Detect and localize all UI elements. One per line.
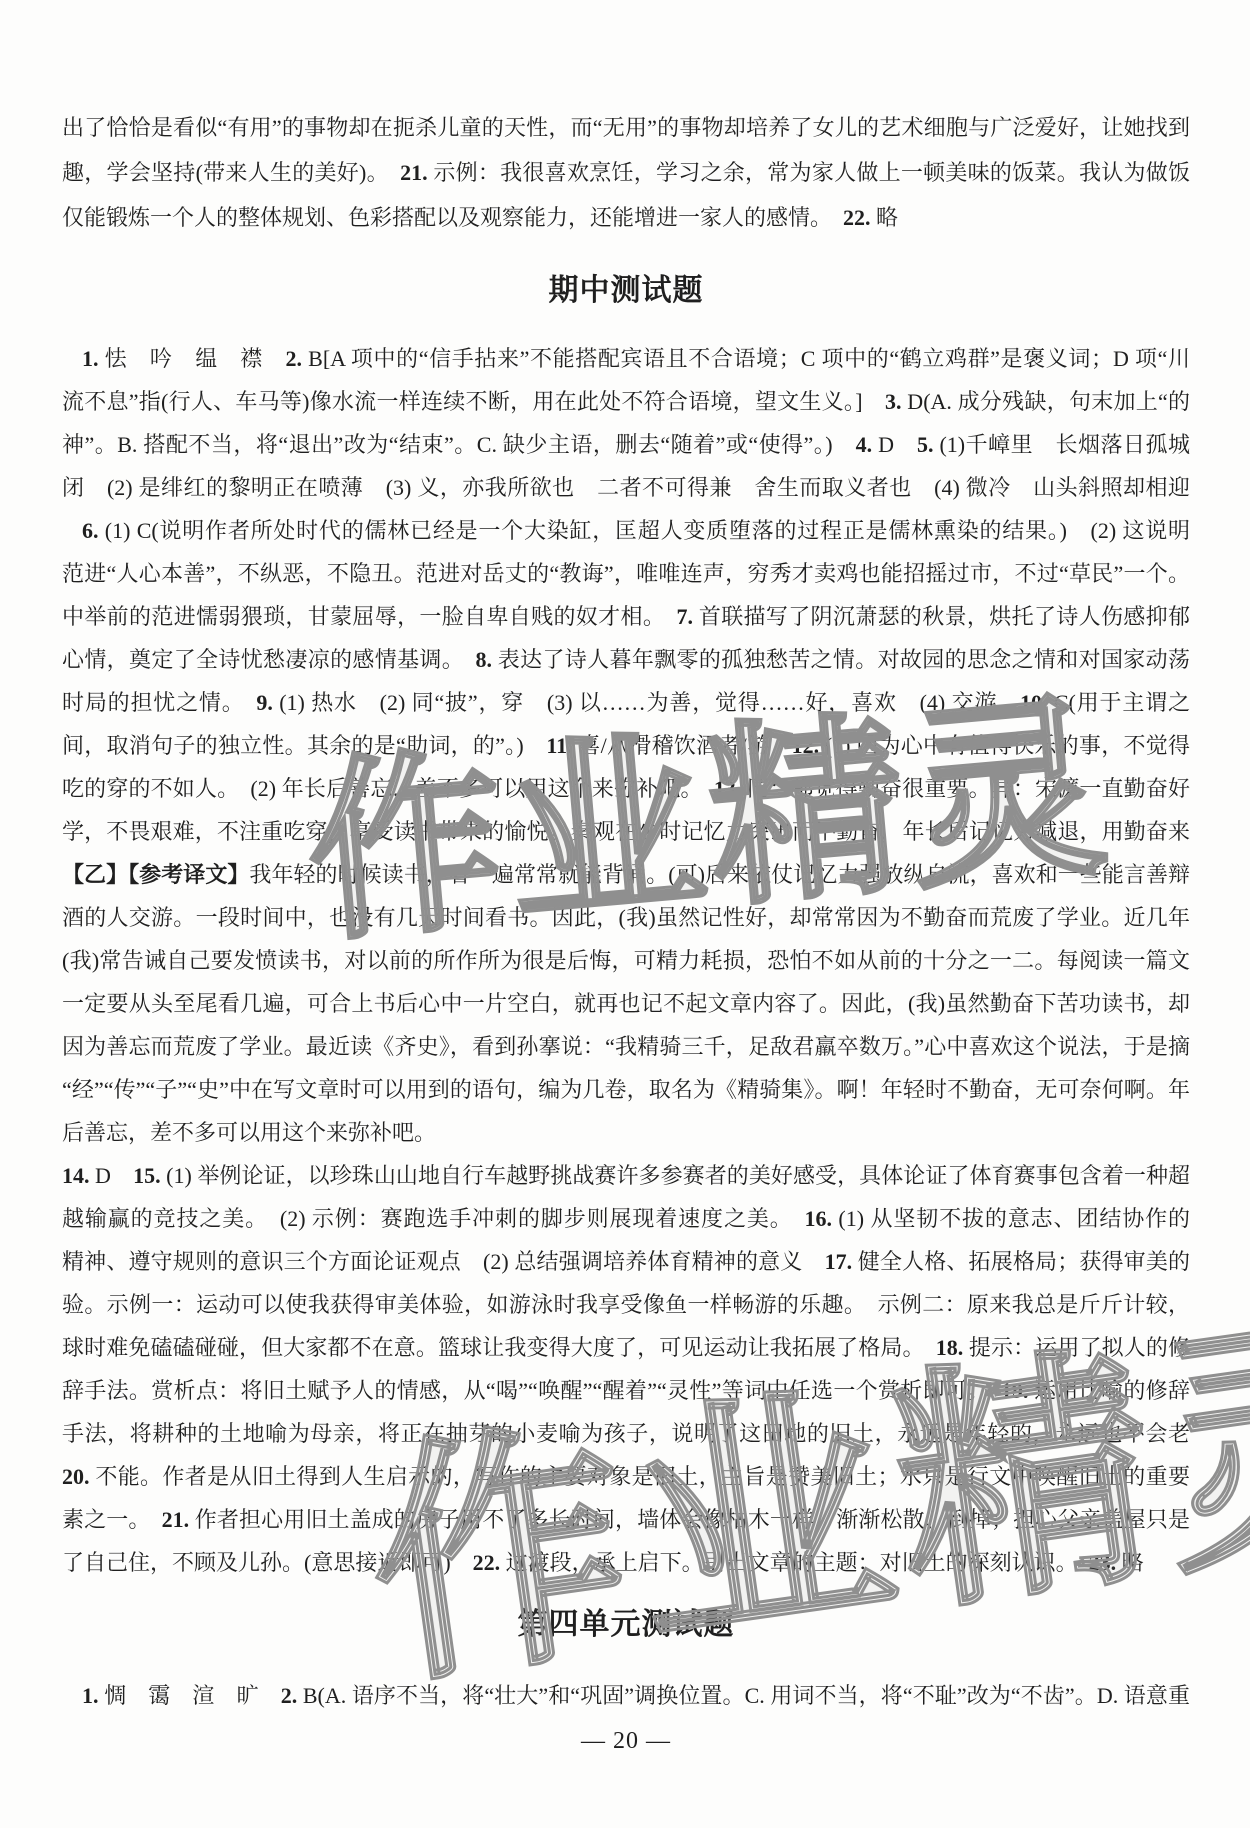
answer-text: 不能。作者是从旧土得到人生启示的，写作的主要对象是旧土，主旨是赞美旧土；水只是行… xyxy=(62,1464,1190,1498)
answer-number: 2. xyxy=(281,1683,298,1708)
answer-text: D xyxy=(872,432,917,457)
answer-text: 了自己住，不顾及儿孙。(意思接近即可) xyxy=(62,1550,473,1575)
answer-text: 因为善忘而荒废了学业。最近读《齐史》，看到孙搴说：“我精骑三千，足敌君羸卒数万。… xyxy=(62,1034,1190,1068)
answer-text: 运用比喻的修辞 xyxy=(1028,1378,1190,1403)
answer-number: 6. xyxy=(82,518,99,543)
answer-content: 出了恰恰是看似“有用”的事物却在扼杀儿童的天性，而“无用”的事物却培养了女儿的艺… xyxy=(62,0,1190,1755)
text-line: 越输赢的竞技之美。 (2) 示例：赛跑选手冲刺的脚步则展现着速度之美。 16. … xyxy=(62,1197,1190,1240)
answer-text: 后善忘，差不多可以用这个来弥补吧。 xyxy=(62,1120,436,1145)
answer-number: 【乙】【参考译文】 xyxy=(62,862,249,887)
paragraph: 1. 惆 霭 渲 旷 2. B(A. 语序不当，将“壮大”和“巩固”调换位置。C… xyxy=(62,1674,1190,1717)
answer-text: D xyxy=(90,1163,134,1188)
previous-section-continuation: 出了恰恰是看似“有用”的事物却在扼杀儿童的天性，而“无用”的事物却培养了女儿的艺… xyxy=(62,105,1190,240)
answer-number: 5. xyxy=(917,432,934,457)
answer-text: 学，不畏艰难，不注重吃穿，享受读书带来的愉悦。秦观在少时记忆力突出而不勤奋，年长… xyxy=(62,819,1190,853)
answer-number: 16. xyxy=(805,1206,833,1231)
answer-text: (1) C(说明作者所处时代的儒林已经是一个大染缸，匡超人变质堕落的过程正是儒林… xyxy=(99,518,1191,543)
paragraph: 出了恰恰是看似“有用”的事物却在扼杀儿童的天性，而“无用”的事物却培养了女儿的艺… xyxy=(62,105,1190,240)
text-line: 精神、遵守规则的意识三个方面论证观点 (2) 总结强调培养体育精神的意义 17.… xyxy=(62,1240,1190,1283)
answer-text: 验。示例一：运动可以使我获得审美体验，如游泳时我享受像鱼一样畅游的乐趣。 示例二… xyxy=(62,1292,1190,1326)
answer-text: “经”“传”“子”“史”中在写文章时可以用到的语句，编为几卷，取名为《精骑集》。… xyxy=(62,1077,1190,1111)
answer-text: 吃的穿的不如人。 (2) 年长后善忘，差不多可以用这个来弥补吧。 xyxy=(62,776,714,801)
answer-number: 7. xyxy=(677,604,694,629)
answer-number: 18. xyxy=(936,1335,964,1360)
answer-number: 20. xyxy=(62,1464,90,1489)
answer-number: 21. xyxy=(162,1507,190,1532)
answer-number: 19. xyxy=(1001,1378,1029,1403)
answer-number: 10. xyxy=(1020,690,1048,715)
answer-text: 心情，奠定了全诗忧愁凄凉的感情基调。 xyxy=(62,647,475,672)
answer-number: 22. xyxy=(843,205,871,230)
answer-text: 略 xyxy=(1116,1550,1144,1575)
answer-number: 17. xyxy=(825,1249,853,1274)
answer-text: C(用于主谓之 xyxy=(1048,690,1190,715)
answer-text: 辞手法。赏析点：将旧土赋予人的情感，从“喝”“唤醒”“醒着”“灵性”等词中任选一… xyxy=(62,1378,1001,1403)
answer-text: 略 xyxy=(871,205,899,230)
answer-number: 12. xyxy=(792,733,820,758)
answer-text: 趣，学会坚持(带来人生的美好)。 xyxy=(62,160,400,185)
text-line: 范进“人心本善”，不纵恶，不隐丑。范进对岳丈的“教诲”，唯唯连声，穷秀才卖鸡也能… xyxy=(62,552,1190,595)
text-line: 神”。B. 搭配不当，将“退出”改为“结束”。C. 缺少主语，删去“随着”或“使… xyxy=(62,423,1190,466)
answer-text: 神”。B. 搭配不当，将“退出”改为“结束”。C. 缺少主语，删去“随着”或“使… xyxy=(62,432,856,457)
text-line: 了自己住，不顾及儿孙。(意思接近即可) 22. 过渡段，承上启下。引出文章的主题… xyxy=(62,1541,1190,1584)
text-line: 仅能锻炼一个人的整体规划、色彩搭配以及观察能力，还能增进一家人的感情。 22. … xyxy=(62,195,1190,240)
answer-text: B[A 项中的“信手拈来”不能搭配宾语且不合语境；C 项中的“鹤立鸡群”是褒义词… xyxy=(302,346,1190,371)
answer-text: (1) 因为心中有值得快乐的事，不觉得 xyxy=(819,733,1190,758)
text-line: 吃的穿的不如人。 (2) 年长后善忘，差不多可以用这个来弥补吧。 13. 同：都… xyxy=(62,767,1190,810)
text-line: 学，不畏艰难，不注重吃穿，享受读书带来的愉悦。秦观在少时记忆力突出而不勤奋，年长… xyxy=(62,810,1190,853)
text-line: 14. D 15. (1) 举例论证，以珍珠山山地自行车越野挑战赛许多参赛者的美… xyxy=(62,1154,1190,1197)
unit4-paragraphs: 1. 惆 霭 渲 旷 2. B(A. 语序不当，将“壮大”和“巩固”调换位置。C… xyxy=(62,1674,1190,1717)
text-line: 趣，学会坚持(带来人生的美好)。 21. 示例：我很喜欢烹饪，学习之余，常为家人… xyxy=(62,150,1190,195)
answer-text: 越输赢的竞技之美。 (2) 示例：赛跑选手冲刺的脚步则展现着速度之美。 xyxy=(62,1206,805,1231)
answer-text: 作者担心用旧土盖成的房子用不了多长时间，墙体会像枯木一样，渐渐松散、倒掉；担心父… xyxy=(62,1507,1190,1541)
text-line: 流不息”指(行人、车马等)像水流一样连续不断，用在此处不符合语境，望文生义。] … xyxy=(62,380,1190,423)
answer-number: 11. xyxy=(546,733,572,758)
answer-text: 怯 吟 缊 襟 xyxy=(99,346,286,371)
answer-number: 9. xyxy=(256,690,273,715)
answer-text: 时局的担忧之情。 xyxy=(62,690,256,715)
continuation-paragraphs: 出了恰恰是看似“有用”的事物却在扼杀儿童的天性，而“无用”的事物却培养了女儿的艺… xyxy=(62,105,1190,240)
text-line: 心情，奠定了全诗忧愁凄凉的感情基调。 8. 表达了诗人暮年飘零的孤独愁苦之情。对… xyxy=(62,638,1190,681)
answer-text: 球时难免磕磕碰碰，但大家都不在意。篮球让我变得大度了，可见运动让我拓展了格局。 xyxy=(62,1335,936,1360)
answer-text: 酒的人交游。一段时间中，也没有几天时间看书。因此，(我)虽然记性好，却常常因为不… xyxy=(62,905,1190,939)
text-line: 一定要从头至尾看几遍，可合上书后心中一片空白，就再也记不起文章内容了。因此，(我… xyxy=(62,982,1190,1025)
text-line: 6. (1) C(说明作者所处时代的儒林已经是一个大染缸，匡超人变质堕落的过程正… xyxy=(62,509,1190,552)
answer-text: 表达了诗人暮年飘零的孤独愁苦之情。对故园的思念之情和对国家动荡 xyxy=(492,647,1190,672)
text-line: 因为善忘而荒废了学业。最近读《齐史》，看到孙搴说：“我精骑三千，足敌君羸卒数万。… xyxy=(62,1025,1190,1068)
text-line: 闭 (2) 是绯红的黎明正在喷薄 (3) 义，亦我所欲也 二者不可得兼 舍生而取… xyxy=(62,466,1190,509)
midterm-test-answers: 1. 怯 吟 缊 襟 2. B[A 项中的“信手拈来”不能搭配宾语且不合语境；C… xyxy=(62,337,1190,1584)
answer-text: 惆 霭 渲 旷 xyxy=(99,1683,281,1708)
text-line: 【乙】【参考译文】我年轻的时候读书，看一遍常常就能背诵。(可)后来依仗记忆力强放… xyxy=(62,853,1190,896)
answer-text: (我)常告诫自己要发愤读书，对以前的所作所为很是后悔，可精力耗损，恐怕不如从前的… xyxy=(62,948,1190,982)
answer-text: 过渡段，承上启下。引出文章的主题：对旧土的深刻认识。 xyxy=(500,1550,1089,1575)
answer-number: 8. xyxy=(475,647,492,672)
midterm-paragraphs: 1. 怯 吟 缊 襟 2. B[A 项中的“信手拈来”不能搭配宾语且不合语境；C… xyxy=(62,337,1190,1584)
answer-number: 23. xyxy=(1089,1550,1117,1575)
unit4-test-answers: 1. 惆 霭 渲 旷 2. B(A. 语序不当，将“壮大”和“巩固”调换位置。C… xyxy=(62,1674,1190,1717)
answer-text: 精神、遵守规则的意识三个方面论证观点 (2) 总结强调培养体育精神的意义 xyxy=(62,1249,825,1274)
paragraph: 20. 不能。作者是从旧土得到人生启示的，写作的主要对象是旧土，主旨是赞美旧土；… xyxy=(62,1455,1190,1584)
answer-text: 闭 (2) 是绯红的黎明正在喷薄 (3) 义，亦我所欲也 二者不可得兼 舍生而取… xyxy=(62,475,1190,500)
text-line: 酒的人交游。一段时间中，也没有几天时间看书。因此，(我)虽然记性好，却常常因为不… xyxy=(62,896,1190,939)
answer-number: 15. xyxy=(133,1163,161,1188)
answer-text: 间，取消句子的独立性。其余的是“助词，的”。) xyxy=(62,733,546,758)
answer-text: 喜/从滑稽饮酒者/游 xyxy=(573,733,792,758)
answer-text: 素之一。 xyxy=(62,1507,162,1532)
text-line: 素之一。 21. 作者担心用旧土盖成的房子用不了多长时间，墙体会像枯木一样，渐渐… xyxy=(62,1498,1190,1541)
paragraph: 1. 怯 吟 缊 襟 2. B[A 项中的“信手拈来”不能搭配宾语且不合语境；C… xyxy=(62,337,1190,509)
answer-text: 提示：运用了拟人的修 xyxy=(963,1335,1190,1360)
paragraph: 14. D 15. (1) 举例论证，以珍珠山山地自行车越野挑战赛许多参赛者的美… xyxy=(62,1154,1190,1455)
answer-text: 同：都觉得勤奋很重要。异：宋濂一直勤奋好 xyxy=(741,776,1190,801)
text-line: 20. 不能。作者是从旧土得到人生启示的，写作的主要对象是旧土，主旨是赞美旧土；… xyxy=(62,1455,1190,1498)
text-line: 辞手法。赏析点：将旧土赋予人的情感，从“喝”“唤醒”“醒着”“灵性”等词中任选一… xyxy=(62,1369,1190,1412)
answer-text: (1) 从坚韧不拔的意志、团结协作的 xyxy=(832,1206,1190,1231)
paragraph: 6. (1) C(说明作者所处时代的儒林已经是一个大染缸，匡超人变质堕落的过程正… xyxy=(62,509,1190,853)
answer-key-page: 出了恰恰是看似“有用”的事物却在扼杀儿童的天性，而“无用”的事物却培养了女儿的艺… xyxy=(0,0,1250,1828)
answer-number: 1. xyxy=(82,346,99,371)
answer-number: 13. xyxy=(714,776,742,801)
answer-number: 14. xyxy=(62,1163,90,1188)
answer-text: 中举前的范进懦弱猥琐，甘蒙屈辱，一脸自卑自贱的奴才相。 xyxy=(62,604,677,629)
text-line: 间，取消句子的独立性。其余的是“助词，的”。) 11. 喜/从滑稽饮酒者/游 1… xyxy=(62,724,1190,767)
answer-text: 流不息”指(行人、车马等)像水流一样连续不断，用在此处不符合语境，望文生义。] xyxy=(62,389,885,414)
answer-text: (1) 举例论证，以珍珠山山地自行车越野挑战赛许多参赛者的美好感受，具体论证了体… xyxy=(161,1163,1190,1188)
answer-text: (1)千嶂里 长烟落日孤城 xyxy=(933,432,1190,457)
answer-text: 手法，将耕种的土地喻为母亲，将正在抽芽的小麦喻为孩子，说明了这田地的旧土，永远是… xyxy=(62,1421,1190,1455)
answer-text: 范进“人心本善”，不纵恶，不隐丑。范进对岳丈的“教诲”，唯唯连声，穷秀才卖鸡也能… xyxy=(62,561,1190,595)
unit4-test-heading: 第四单元测试题 xyxy=(62,1604,1190,1646)
answer-number: 1. xyxy=(82,1683,99,1708)
answer-number: 3. xyxy=(885,389,902,414)
text-line: 1. 怯 吟 缊 襟 2. B[A 项中的“信手拈来”不能搭配宾语且不合语境；C… xyxy=(62,337,1190,380)
text-line: “经”“传”“子”“史”中在写文章时可以用到的语句，编为几卷，取名为《精骑集》。… xyxy=(62,1068,1190,1111)
answer-number: 22. xyxy=(473,1550,501,1575)
text-line: 验。示例一：运动可以使我获得审美体验，如游泳时我享受像鱼一样畅游的乐趣。 示例二… xyxy=(62,1283,1190,1326)
answer-number: 21. xyxy=(400,160,428,185)
answer-text: 仅能锻炼一个人的整体规划、色彩搭配以及观察能力，还能增进一家人的感情。 xyxy=(62,205,843,230)
text-line: 1. 惆 霭 渲 旷 2. B(A. 语序不当，将“壮大”和“巩固”调换位置。C… xyxy=(62,1674,1190,1717)
midterm-test-heading: 期中测试题 xyxy=(62,270,1190,312)
answer-number: 4. xyxy=(856,432,873,457)
text-line: 球时难免磕磕碰碰，但大家都不在意。篮球让我变得大度了，可见运动让我拓展了格局。 … xyxy=(62,1326,1190,1369)
answer-text: 出了恰恰是看似“有用”的事物却在扼杀儿童的天性，而“无用”的事物却培养了女儿的艺… xyxy=(62,115,1190,150)
text-line: 出了恰恰是看似“有用”的事物却在扼杀儿童的天性，而“无用”的事物却培养了女儿的艺… xyxy=(62,105,1190,150)
page-number: — 20 — xyxy=(62,1727,1190,1755)
text-line: 手法，将耕种的土地喻为母亲，将正在抽芽的小麦喻为孩子，说明了这田地的旧土，永远是… xyxy=(62,1412,1190,1455)
text-line: 中举前的范进懦弱猥琐，甘蒙屈辱，一脸自卑自贱的奴才相。 7. 首联描写了阴沉萧瑟… xyxy=(62,595,1190,638)
answer-text: 一定要从头至尾看几遍，可合上书后心中一片空白，就再也记不起文章内容了。因此，(我… xyxy=(62,991,1190,1025)
text-line: (我)常告诫自己要发愤读书，对以前的所作所为很是后悔，可精力耗损，恐怕不如从前的… xyxy=(62,939,1190,982)
text-line: 时局的担忧之情。 9. (1) 热水 (2) 同“披”，穿 (3) 以……为善，… xyxy=(62,681,1190,724)
paragraph: 【乙】【参考译文】我年轻的时候读书，看一遍常常就能背诵。(可)后来依仗记忆力强放… xyxy=(62,853,1190,1154)
text-line: 后善忘，差不多可以用这个来弥补吧。 xyxy=(62,1111,1190,1154)
answer-number: 2. xyxy=(286,346,303,371)
answer-text: (1) 热水 (2) 同“披”，穿 (3) 以……为善，觉得……好，喜欢 (4)… xyxy=(273,690,1020,715)
